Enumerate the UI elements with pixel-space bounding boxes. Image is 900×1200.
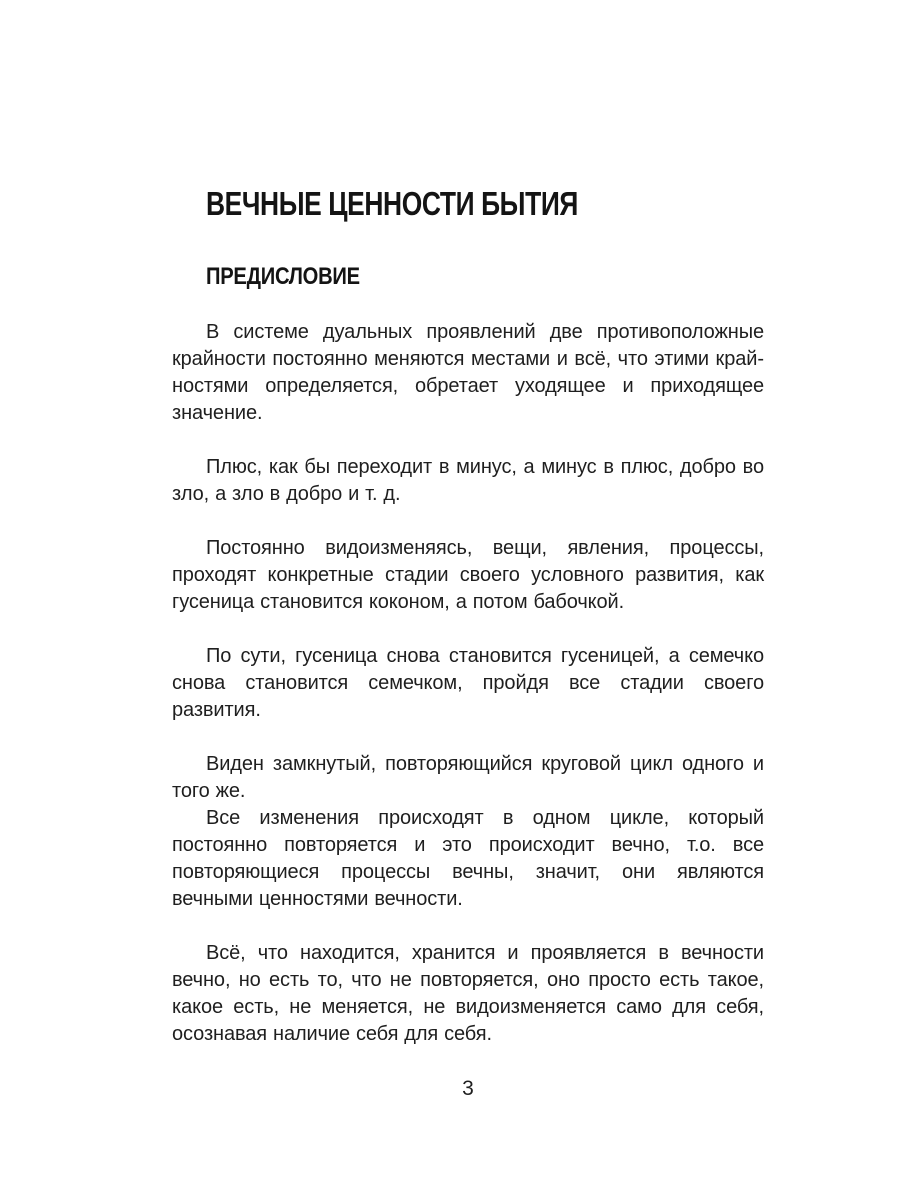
paragraph-4: По сути, гусеница снова становится гусен… — [172, 643, 764, 724]
paragraph-6: Все изменения происходят в одном цикле, … — [172, 805, 764, 913]
page-content: ВЕЧНЫЕ ЦЕННОСТИ БЫТИЯ ПРЕДИСЛОВИЕ В сист… — [172, 186, 764, 1048]
paragraph-1: В системе дуальных проявлений две против… — [172, 319, 764, 427]
book-page: ВЕЧНЫЕ ЦЕННОСТИ БЫТИЯ ПРЕДИСЛОВИЕ В сист… — [0, 0, 900, 1200]
paragraph-7: Всё, что находится, хранится и проявляет… — [172, 940, 764, 1048]
paragraph-5: Виден замкнутый, повторяющийся круговой … — [172, 751, 764, 805]
page-number: 3 — [172, 1077, 764, 1101]
chapter-title: ВЕЧНЫЕ ЦЕННОСТИ БЫТИЯ — [206, 186, 652, 222]
paragraph-3: Постоянно видоизменяясь, вещи, явления, … — [172, 535, 764, 616]
paragraph-2: Плюс, как бы переходит в минус, а минус … — [172, 454, 764, 508]
section-heading: ПРЕДИСЛОВИЕ — [206, 264, 675, 290]
